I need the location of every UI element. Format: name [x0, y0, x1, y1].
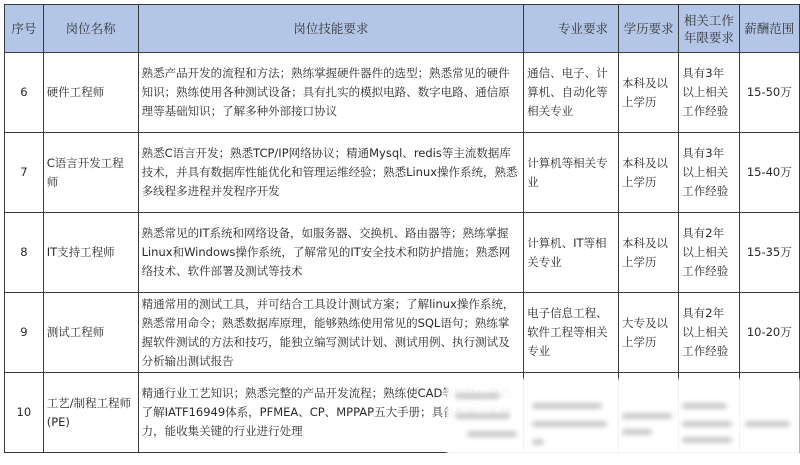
header-experience: 相关工作年限要求: [679, 5, 739, 53]
cell-experience: 具有2年以上相关工作经验: [679, 213, 739, 293]
cell-name: 硬件工程师: [43, 53, 138, 133]
header-no: 序号: [5, 5, 44, 53]
cell-major: 通信、电子、计算机、自动化等相关专业: [524, 53, 619, 133]
cell-education: 本科及以上学历: [618, 133, 678, 213]
cell-skills: 熟悉C语言开发；熟悉TCP/IP网络协议；精通Mysql、redis等主流数据库…: [138, 133, 524, 213]
cell-name: 工艺/制程工程师(PE): [43, 373, 138, 453]
cell-major: 计算机等相关专业: [524, 133, 619, 213]
table-row: 6 硬件工程师 熟悉产品开发的流程和方法；熟练掌握硬件器件的选型；熟悉常见的硬件…: [5, 53, 800, 133]
cell-no: 10: [5, 373, 44, 453]
cell-salary: 15-35万: [739, 213, 799, 293]
cell-skills: 熟悉产品开发的流程和方法；熟练掌握硬件器件的选型；熟悉常见的硬件知识；熟练使用各…: [138, 53, 524, 133]
cell-no: 8: [5, 213, 44, 293]
cell-name: 测试工程师: [43, 293, 138, 373]
table-row: 7 C语言开发工程师 熟悉C语言开发；熟悉TCP/IP网络协议；精通Mysql、…: [5, 133, 800, 213]
cell-major: 电子信息工程、软件工程等相关专业: [524, 293, 619, 373]
cell-experience: 具有3年以上相关工作经验: [679, 133, 739, 213]
header-skills: 岗位技能要求: [138, 5, 524, 53]
header-education: 学历要求: [618, 5, 678, 53]
cell-skills: 精通常用的测试工具，并可结合工具设计测试方案；了解linux操作系统，熟悉常用命…: [138, 293, 524, 373]
cell-salary: 15-50万: [739, 53, 799, 133]
cell-education: 大专及以上学历: [618, 293, 678, 373]
cell-salary: 15-40万: [739, 133, 799, 213]
cell-education: 本科及以上学历: [618, 213, 678, 293]
blurred-overlay: [447, 379, 800, 465]
cell-no: 7: [5, 133, 44, 213]
cell-education: 本科及以上学历: [618, 53, 678, 133]
cell-experience: 具有3年以上相关工作经验: [679, 53, 739, 133]
cell-no: 9: [5, 293, 44, 373]
header-name: 岗位名称: [43, 5, 138, 53]
table-header-row: 序号 岗位名称 岗位技能要求 专业要求 学历要求 相关工作年限要求 薪酬范围: [5, 5, 800, 53]
cell-name: IT支持工程师: [43, 213, 138, 293]
table-row: 8 IT支持工程师 熟悉常见的IT系统和网络设备，如服务器、交换机、路由器等；熟…: [5, 213, 800, 293]
cell-name: C语言开发工程师: [43, 133, 138, 213]
cell-major: 计算机、IT等相关专业: [524, 213, 619, 293]
table-row: 9 测试工程师 精通常用的测试工具，并可结合工具设计测试方案；了解linux操作…: [5, 293, 800, 373]
cell-salary: 10-20万: [739, 293, 799, 373]
header-major: 专业要求: [524, 5, 619, 53]
cell-skills: 熟悉常见的IT系统和网络设备，如服务器、交换机、路由器等；熟练掌握Linux和W…: [138, 213, 524, 293]
cell-no: 6: [5, 53, 44, 133]
cell-experience: 具有2年以上相关工作经验: [679, 293, 739, 373]
header-salary: 薪酬范围: [739, 5, 799, 53]
